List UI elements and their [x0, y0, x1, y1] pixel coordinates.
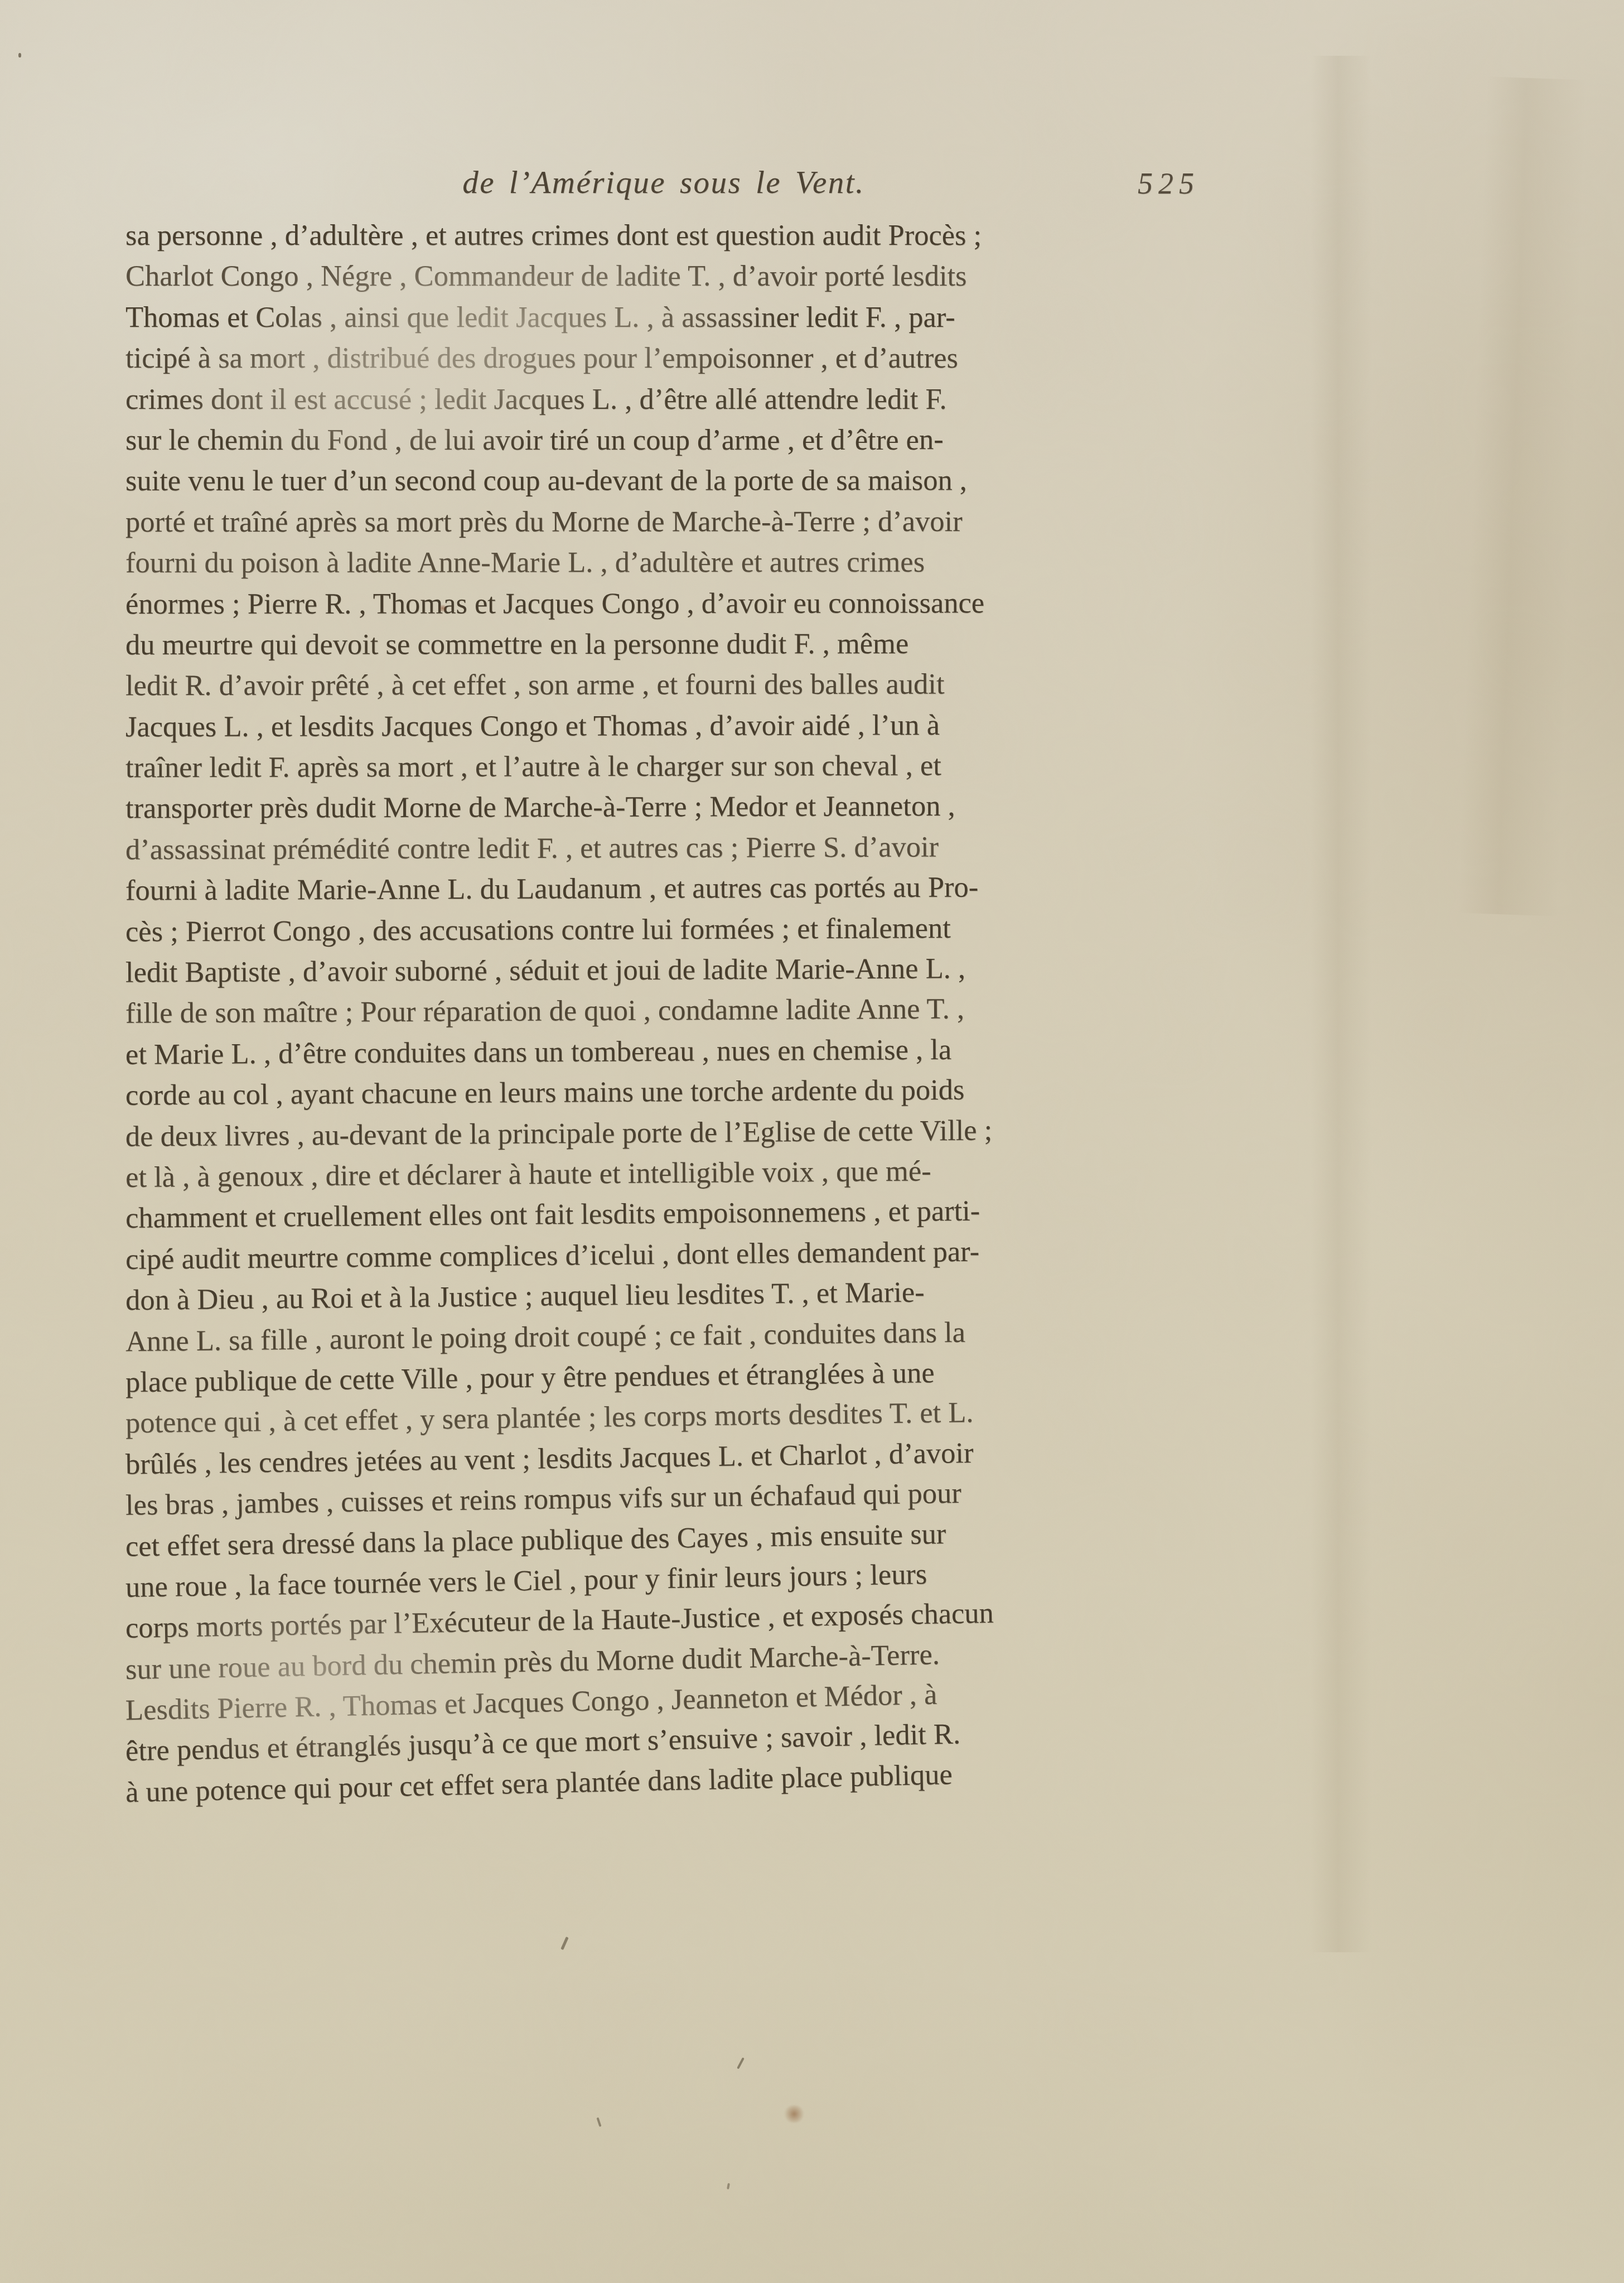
page-crease-shadow — [1311, 56, 1372, 1952]
text-line: crimes dont il est accusé ; ledit Jacque… — [125, 379, 1202, 420]
text-line: Charlot Congo , Négre , Commandeur de la… — [125, 256, 1202, 297]
text-line: Jacques L. , et lesdits Jacques Congo et… — [125, 704, 1202, 748]
text-line: cès ; Pierrot Congo , des accusations co… — [125, 907, 1202, 953]
text-line: énormes ; Pierre R. , Thomas et Jacques … — [125, 582, 1202, 625]
text-line: et Marie L. , d’être conduites dans un t… — [125, 1028, 1202, 1075]
document-page: de l’Amérique sous le Vent. 525 sa perso… — [0, 0, 1624, 2283]
text-block: sa personne , d’adultère , et autres cri… — [125, 215, 1202, 1812]
text-line: transporter près dudit Morne de Marche-à… — [125, 785, 1202, 829]
text-line: corde au col , ayant chacune en leurs ma… — [125, 1068, 1202, 1116]
paper-fiber-speck — [560, 1937, 568, 1950]
text-line: sur le chemin du Fond , de lui avoir tir… — [125, 419, 1202, 461]
text-line: du meurtre qui devoit se commettre en la… — [125, 623, 1202, 665]
paper-fiber-speck — [727, 2183, 730, 2190]
text-line: porté et traîné après sa mort près du Mo… — [125, 501, 1202, 543]
text-column: de l’Amérique sous le Vent. 525 sa perso… — [125, 163, 1202, 1812]
running-head: de l’Amérique sous le Vent. 525 — [125, 163, 1202, 207]
page-number: 525 — [1138, 165, 1200, 202]
running-head-title: de l’Amérique sous le Vent. — [125, 163, 1202, 203]
text-line: traîner ledit F. après sa mort , et l’au… — [125, 745, 1202, 788]
text-line: ticipé à sa mort , distribué des drogues… — [125, 338, 1202, 379]
ink-speck — [18, 53, 21, 57]
paper-fiber-speck — [737, 2057, 745, 2069]
text-line: d’assassinat prémédité contre ledit F. ,… — [125, 826, 1202, 871]
text-line: suite venu le tuer d’un second coup au-d… — [125, 460, 1202, 501]
text-line: fourni du poison à ladite Anne-Marie L. … — [125, 542, 1202, 583]
text-line: ledit R. d’avoir prêté , à cet effet , s… — [125, 664, 1202, 707]
text-line: sa personne , d’adultère , et autres cri… — [125, 215, 1202, 256]
paper-fiber-speck — [596, 2117, 601, 2127]
text-line: Thomas et Colas , ainsi que ledit Jacque… — [125, 297, 1202, 338]
right-margin-shading — [1458, 76, 1587, 916]
rust-stain — [784, 2105, 805, 2123]
text-line: ledit Baptiste , d’avoir suborné , sédui… — [125, 947, 1202, 993]
text-line: fourni à ladite Marie-Anne L. du Laudanu… — [125, 866, 1202, 911]
text-line: fille de son maître ; Pour réparation de… — [125, 988, 1202, 1035]
